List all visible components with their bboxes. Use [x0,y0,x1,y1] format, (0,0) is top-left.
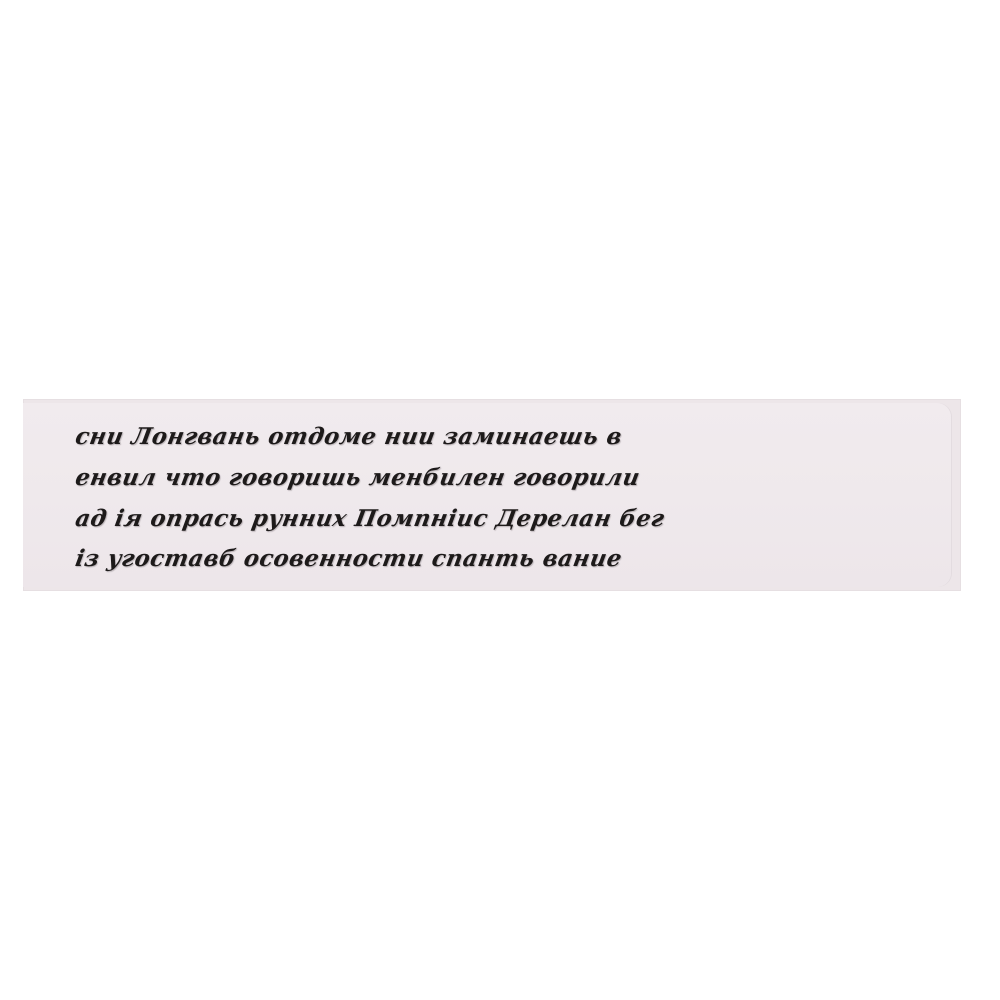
script-line: енвил что говоришь менбилен говорили [71,464,938,504]
script-line: ад ія опрась рунних Помпніис Дерелан бег [71,505,938,545]
stamp-acrylic-plate: сни Лонгвань отдоме нии заминаешь в енви… [23,403,951,587]
script-line: із угоставб осовенности спанть вание [71,545,938,585]
script-line: сни Лонгвань отдоме нии заминаешь в [71,423,938,463]
clear-stamp-sheet: сни Лонгвань отдоме нии заминаешь в енви… [23,399,961,591]
cursive-script-block: сни Лонгвань отдоме нии заминаешь в енви… [71,417,951,587]
photo-stage: сни Лонгвань отдоме нии заминаешь в енви… [0,0,1000,1000]
